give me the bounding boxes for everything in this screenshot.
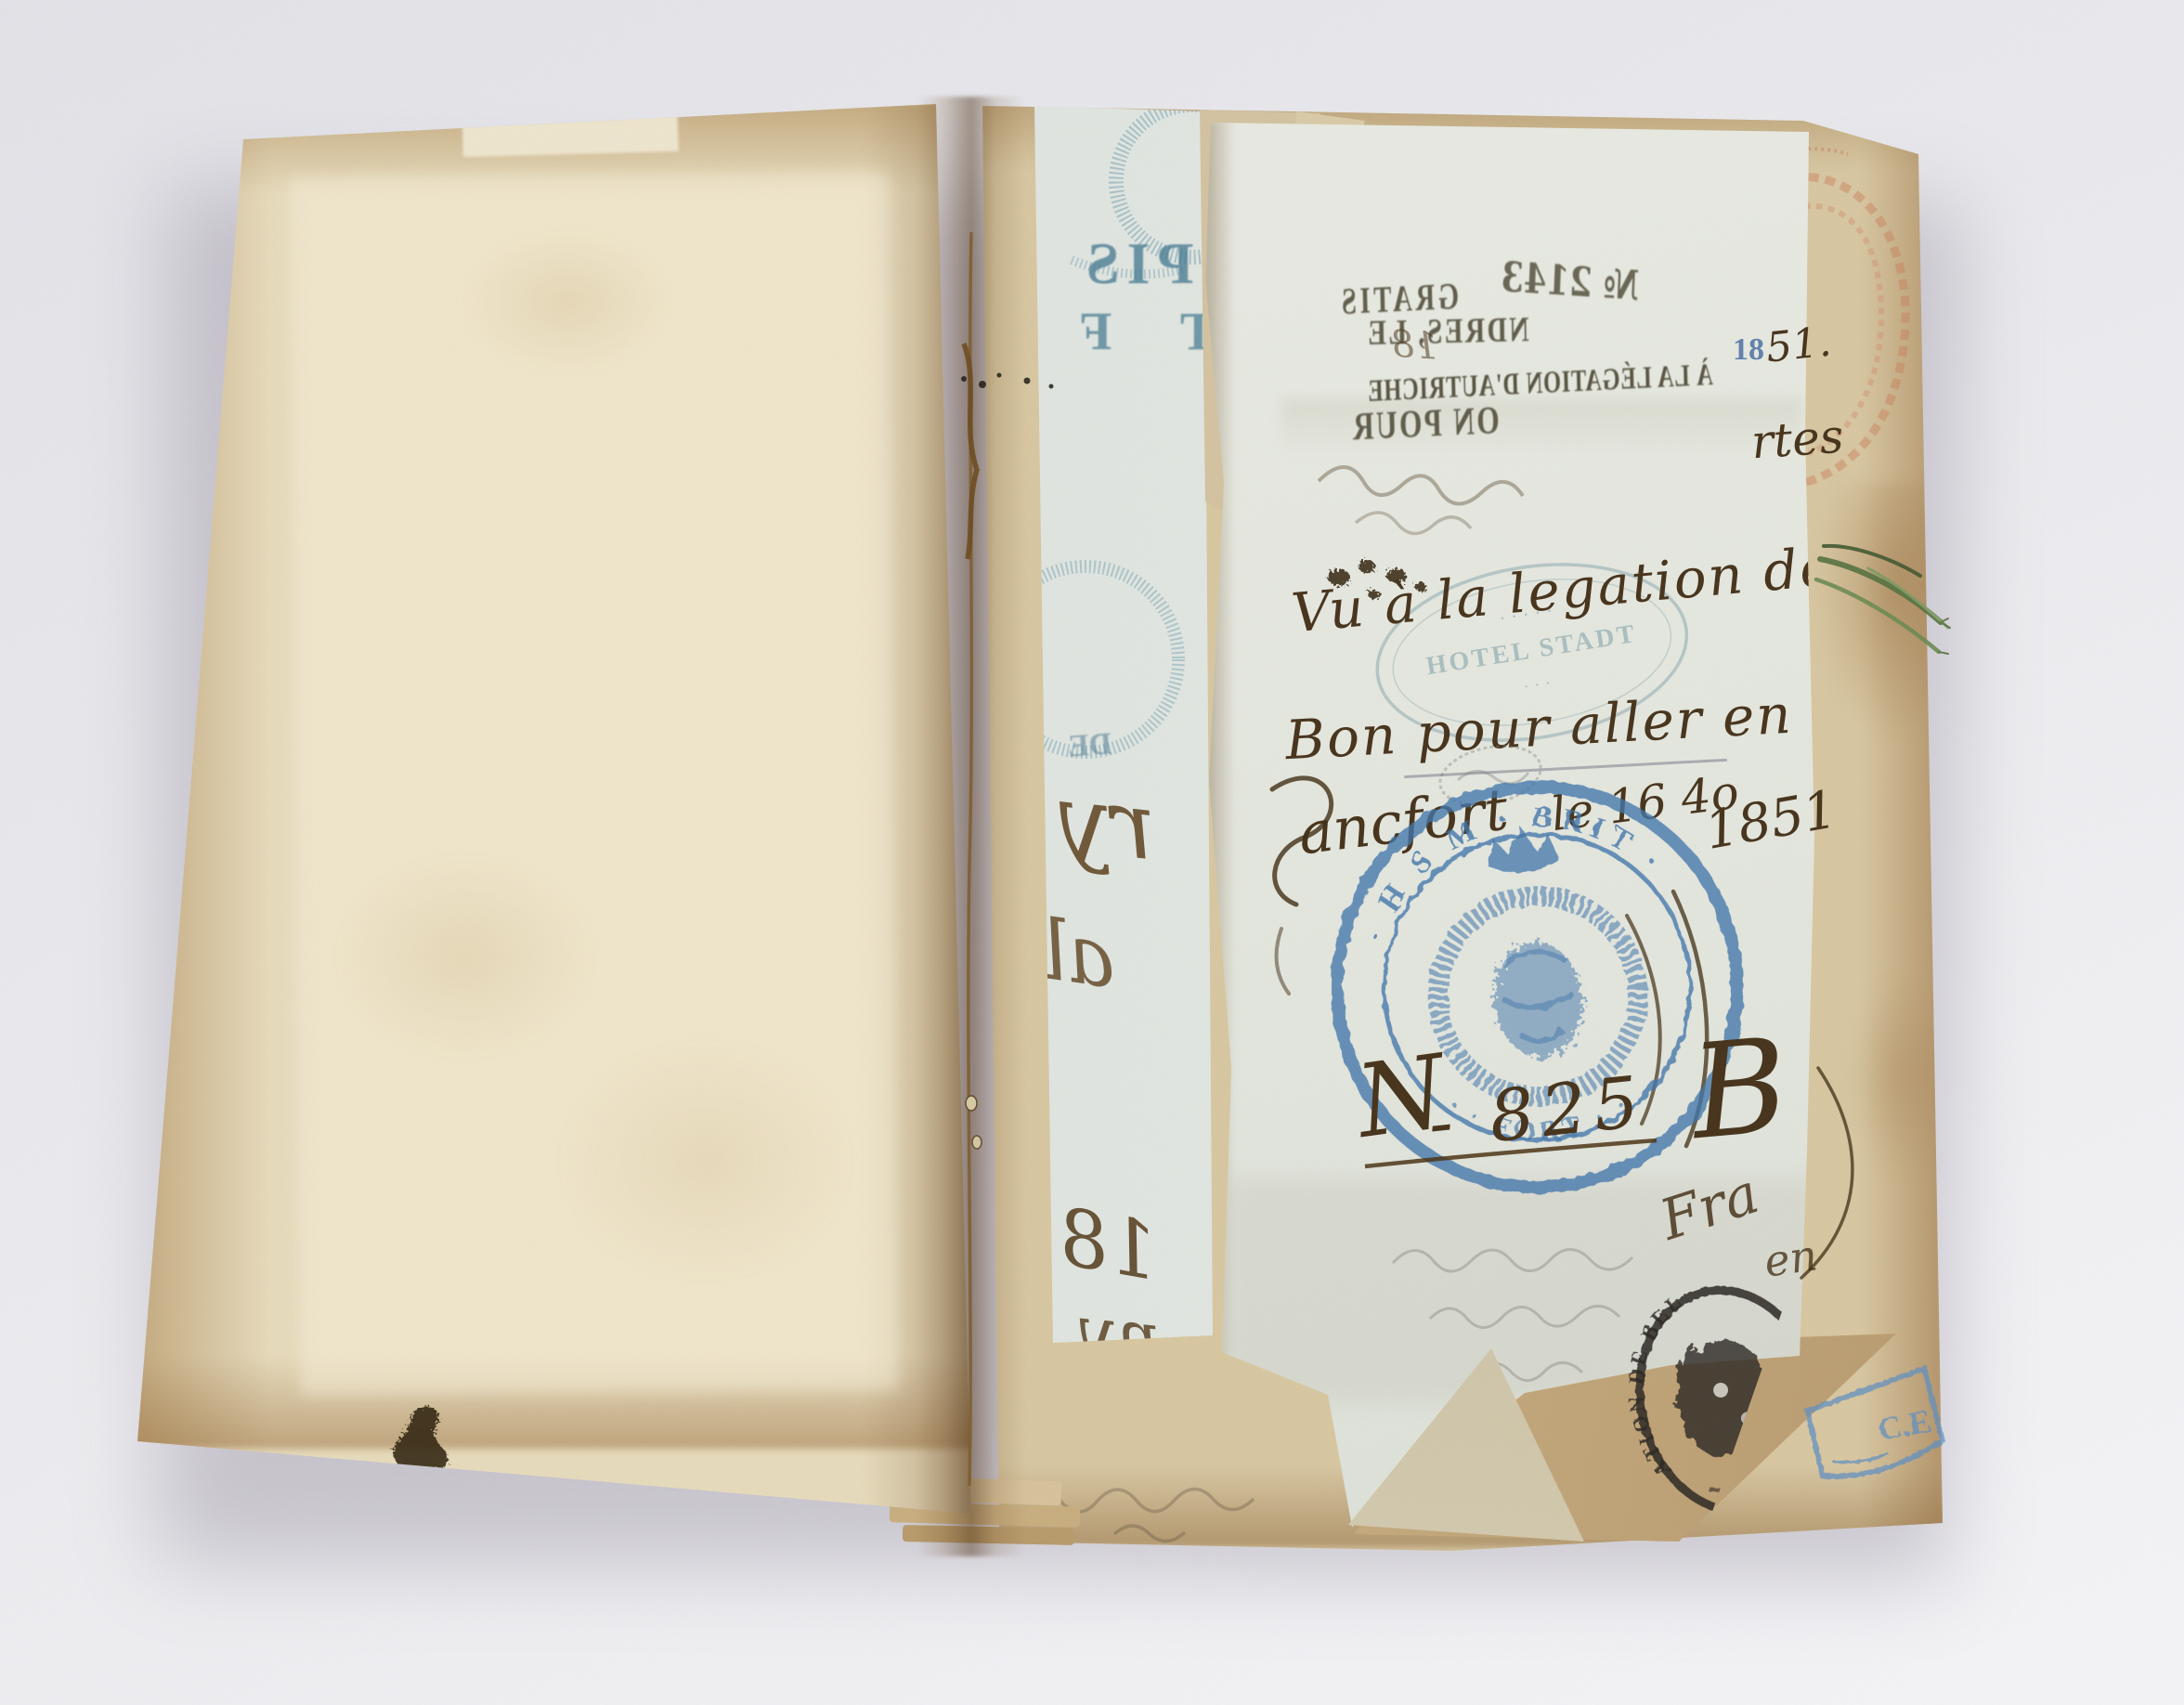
strip-mirrored-letters-a: PIS: [1079, 234, 1194, 293]
left-page-stain-2: [557, 1040, 854, 1282]
strip-mirrored-cursive-a: ry: [1054, 772, 1160, 874]
flourish-loop-stroke: [1764, 1059, 1913, 1300]
left-page-stain-3: [464, 232, 669, 371]
year-printed-18: 18: [1733, 334, 1764, 366]
hotel-stamp-line3: · · ·: [1522, 673, 1553, 697]
strip-mirrored-cursive-c: 18: [1053, 1197, 1164, 1291]
strip-mirrored-letters-b: T F: [1051, 305, 1216, 358]
stitch-hole-1: [966, 1096, 977, 1111]
visa-number-underline: [1358, 1135, 1664, 1181]
photo-stage: PIS T F DE ry al 18 ny GRATIS № 2143 NDR…: [0, 0, 2184, 1705]
strip-mirrored-cursive-b: al: [1036, 909, 1122, 1000]
blue-box-stamp-text: C.E: [1875, 1402, 1933, 1447]
gutter-ink-specks: [955, 362, 1066, 399]
ornate-circle-mid: [1034, 566, 1178, 752]
green-thread: [1813, 531, 1956, 694]
mirrored-cursive-scribble: [1300, 435, 1634, 546]
left-page-stain-1: [334, 854, 594, 1059]
stitch-hole-2: [972, 1136, 981, 1149]
label-residue-patch: [461, 94, 679, 157]
edge-cursive-rtes: rtes: [1749, 413, 1844, 466]
blue-box-stamp: C.E: [1803, 1363, 1947, 1503]
strip-mirrored-letters-c: DE: [1067, 728, 1112, 762]
year-written-51: 51.: [1764, 321, 1833, 369]
spine-stitching: [940, 139, 1005, 1514]
mirrored-hand-date: 18: [1390, 325, 1440, 365]
strip-blue-ornaments: [1034, 102, 1220, 808]
mirrored-print-number: № 2143: [1501, 257, 1640, 307]
stamp-arms: [1488, 937, 1588, 1061]
